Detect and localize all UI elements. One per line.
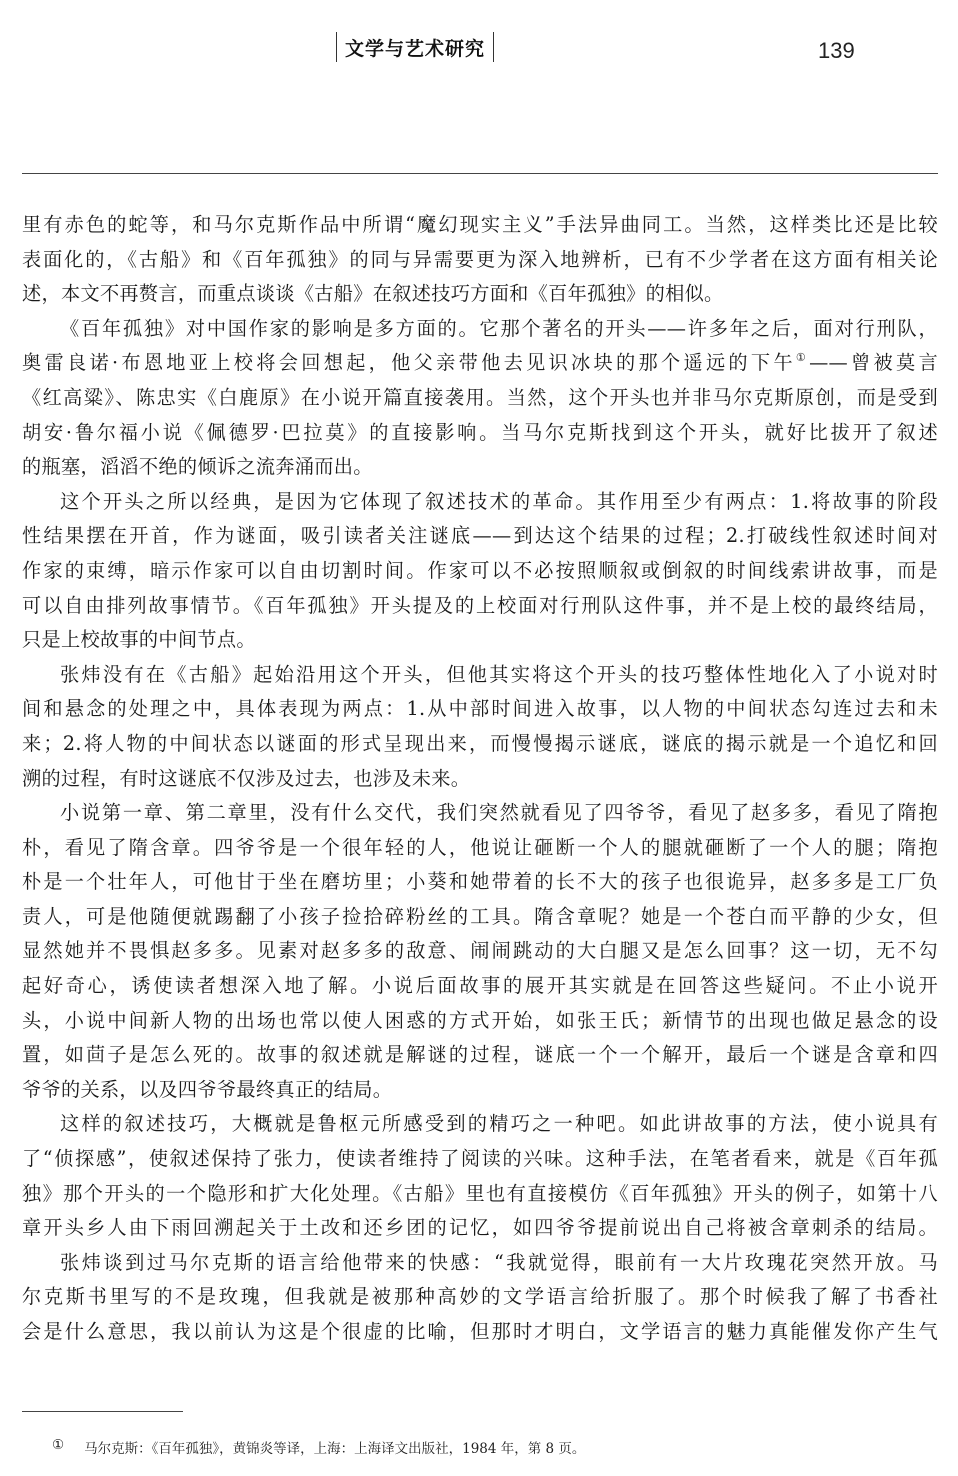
- footnote-marker: ①: [52, 1437, 64, 1457]
- footnote-text: 马尔克斯：《百年孤独》，黄锦炎等译，上海：上海译文出版社，1984 年，第 8 …: [84, 1437, 585, 1457]
- journal-title: 文学与艺术研究: [345, 34, 485, 61]
- text-line: 尔克斯书里写的不是玫瑰，但我就是被那种高妙的文学语言给折服了。那个时候我了解了书…: [22, 1280, 938, 1315]
- paragraph: 张炜谈到过马尔克斯的语言给他带来的快感：“我就觉得，眼前有一大片玫瑰花突然开放。…: [22, 1246, 938, 1350]
- text-line: 显然她并不畏惧赵多多。见素对赵多多的敌意、闹闹跳动的大白腿又是怎么回事？这一切，…: [22, 934, 938, 969]
- page-number: 139: [818, 38, 855, 64]
- text-line: 作家的束缚，暗示作家可以自由切割时间。作家可以不必按照顺叙或倒叙的时间线索讲故事…: [22, 554, 938, 589]
- text-line: 《红高粱》、陈忠实《白鹿原》在小说开篇直接袭用。当然，这个开头也并非马尔克斯原创…: [22, 381, 938, 416]
- text-line: 的瓶塞，滔滔不绝的倾诉之流奔涌而出。: [22, 450, 938, 485]
- header-rule: [22, 173, 938, 174]
- text-line: 性结果摆在开首，作为谜面，吸引读者关注谜底——到达这个结果的过程；2.打破线性叙…: [22, 519, 938, 554]
- text-line: 这样的叙述技巧，大概就是鲁枢元所感受到的精巧之一种吧。如此讲故事的方法，使小说具…: [22, 1107, 938, 1142]
- text-line: 来；2.将人物的中间状态以谜面的形式呈现出来，而慢慢揭示谜底，谜底的揭示就是一个…: [22, 727, 938, 762]
- text-line: 章开头乡人由下雨回溯起关于土改和还乡团的记忆，如四爷爷提前说出自己将被含章刺杀的…: [22, 1211, 938, 1246]
- paragraph: 里有赤色的蛇等，和马尔克斯作品中所谓“魔幻现实主义”手法异曲同工。当然，这样类比…: [22, 208, 938, 312]
- text-line: 表面化的，《古船》和《百年孤独》的同与异需要更为深入地辨析，已有不少学者在这方面…: [22, 243, 938, 278]
- text-line: 张炜谈到过马尔克斯的语言给他带来的快感：“我就觉得，眼前有一大片玫瑰花突然开放。…: [22, 1246, 938, 1281]
- text-line: 小说第一章、第二章里，没有什么交代，我们突然就看见了四爷爷，看见了赵多多，看见了…: [22, 796, 938, 831]
- body-text: 里有赤色的蛇等，和马尔克斯作品中所谓“魔幻现实主义”手法异曲同工。当然，这样类比…: [22, 208, 938, 1350]
- text-line: 溯的过程，有时这谜底不仅涉及过去，也涉及未来。: [22, 762, 938, 797]
- paragraph: 这个开头之所以经典，是因为它体现了叙述技术的革命。其作用至少有两点：1.将故事的…: [22, 485, 938, 658]
- text-line: 头，小说中间新人物的出场也常以使人困惑的方式开始，如张王氏；新情节的出现也做足悬…: [22, 1004, 938, 1039]
- running-head: 文学与艺术研究: [336, 32, 494, 62]
- paragraph: 这样的叙述技巧，大概就是鲁枢元所感受到的精巧之一种吧。如此讲故事的方法，使小说具…: [22, 1107, 938, 1245]
- text-line: 朴是一个壮年人，可他甘于坐在磨坊里；小葵和她带着的长不大的孩子也很诡异，赵多多是…: [22, 865, 938, 900]
- text-line: 胡安·鲁尔福小说《佩德罗·巴拉莫》的直接影响。当马尔克斯找到这个开头，就好比拔开…: [22, 416, 938, 451]
- text-line: 可以自由排列故事情节。《百年孤独》开头提及的上校面对行刑队这件事，并不是上校的最…: [22, 589, 938, 624]
- footnote-rule: [22, 1411, 183, 1412]
- text-line: 了“侦探感”，使叙述保持了张力，使读者维持了阅读的兴味。这种手法，在笔者看来，就…: [22, 1142, 938, 1177]
- footnote: ① 马尔克斯：《百年孤独》，黄锦炎等译，上海：上海译文出版社，1984 年，第 …: [52, 1437, 585, 1457]
- text-line: 里有赤色的蛇等，和马尔克斯作品中所谓“魔幻现实主义”手法异曲同工。当然，这样类比…: [22, 208, 938, 243]
- text-line: 爷爷的关系，以及四爷爷最终真正的结局。: [22, 1073, 938, 1108]
- text-line: 置，如茴子是怎么死的。故事的叙述就是解谜的过程，谜底一个一个解开，最后一个谜是含…: [22, 1038, 938, 1073]
- paragraph: 张炜没有在《古船》起始沿用这个开头，但他其实将这个开头的技巧整体性地化入了小说对…: [22, 658, 938, 796]
- text-line: 这个开头之所以经典，是因为它体现了叙述技术的革命。其作用至少有两点：1.将故事的…: [22, 485, 938, 520]
- text-segment: ——曾被莫言: [809, 351, 938, 374]
- text-line: 述，本文不再赘言，而重点谈谈《古船》在叙述技巧方面和《百年孤独》的相似。: [22, 277, 938, 312]
- text-line: 奥雷良诺·布恩地亚上校将会回想起，他父亲带他去见识冰块的那个遥远的下午①——曾被…: [22, 346, 938, 381]
- text-segment: 奥雷良诺·布恩地亚上校将会回想起，他父亲带他去见识冰块的那个遥远的下午: [22, 351, 796, 374]
- text-line: 张炜没有在《古船》起始沿用这个开头，但他其实将这个开头的技巧整体性地化入了小说对…: [22, 658, 938, 693]
- text-line: 只是上校故事的中间节点。: [22, 623, 938, 658]
- text-line: 会是什么意思，我以前认为这是个很虚的比喻，但那时才明白，文学语言的魅力真能催发你…: [22, 1315, 938, 1350]
- text-line: 朴，看见了隋含章。四爷爷是一个很年轻的人，他说让砸断一个人的腿就砸断了一个人的腿…: [22, 831, 938, 866]
- text-line: 《百年孤独》对中国作家的影响是多方面的。它那个著名的开头——许多年之后，面对行刑…: [22, 312, 938, 347]
- footnote-reference[interactable]: ①: [796, 351, 809, 364]
- text-line: 起好奇心，诱使读者想深入地了解。小说后面故事的展开其实就是在回答这些疑问。不止小…: [22, 969, 938, 1004]
- paragraph: 小说第一章、第二章里，没有什么交代，我们突然就看见了四爷爷，看见了赵多多，看见了…: [22, 796, 938, 1107]
- text-line: 独》那个开头的一个隐形和扩大化处理。《古船》里也有直接模仿《百年孤独》开头的例子…: [22, 1177, 938, 1212]
- paragraph: 《百年孤独》对中国作家的影响是多方面的。它那个著名的开头——许多年之后，面对行刑…: [22, 312, 938, 485]
- text-line: 间和悬念的处理之中，具体表现为两点：1.从中部时间进入故事，以人物的中间状态勾连…: [22, 692, 938, 727]
- text-line: 责人，可是他随便就踢翻了小孩子捡拾碎粉丝的工具。隋含章呢？她是一个苍白而平静的少…: [22, 900, 938, 935]
